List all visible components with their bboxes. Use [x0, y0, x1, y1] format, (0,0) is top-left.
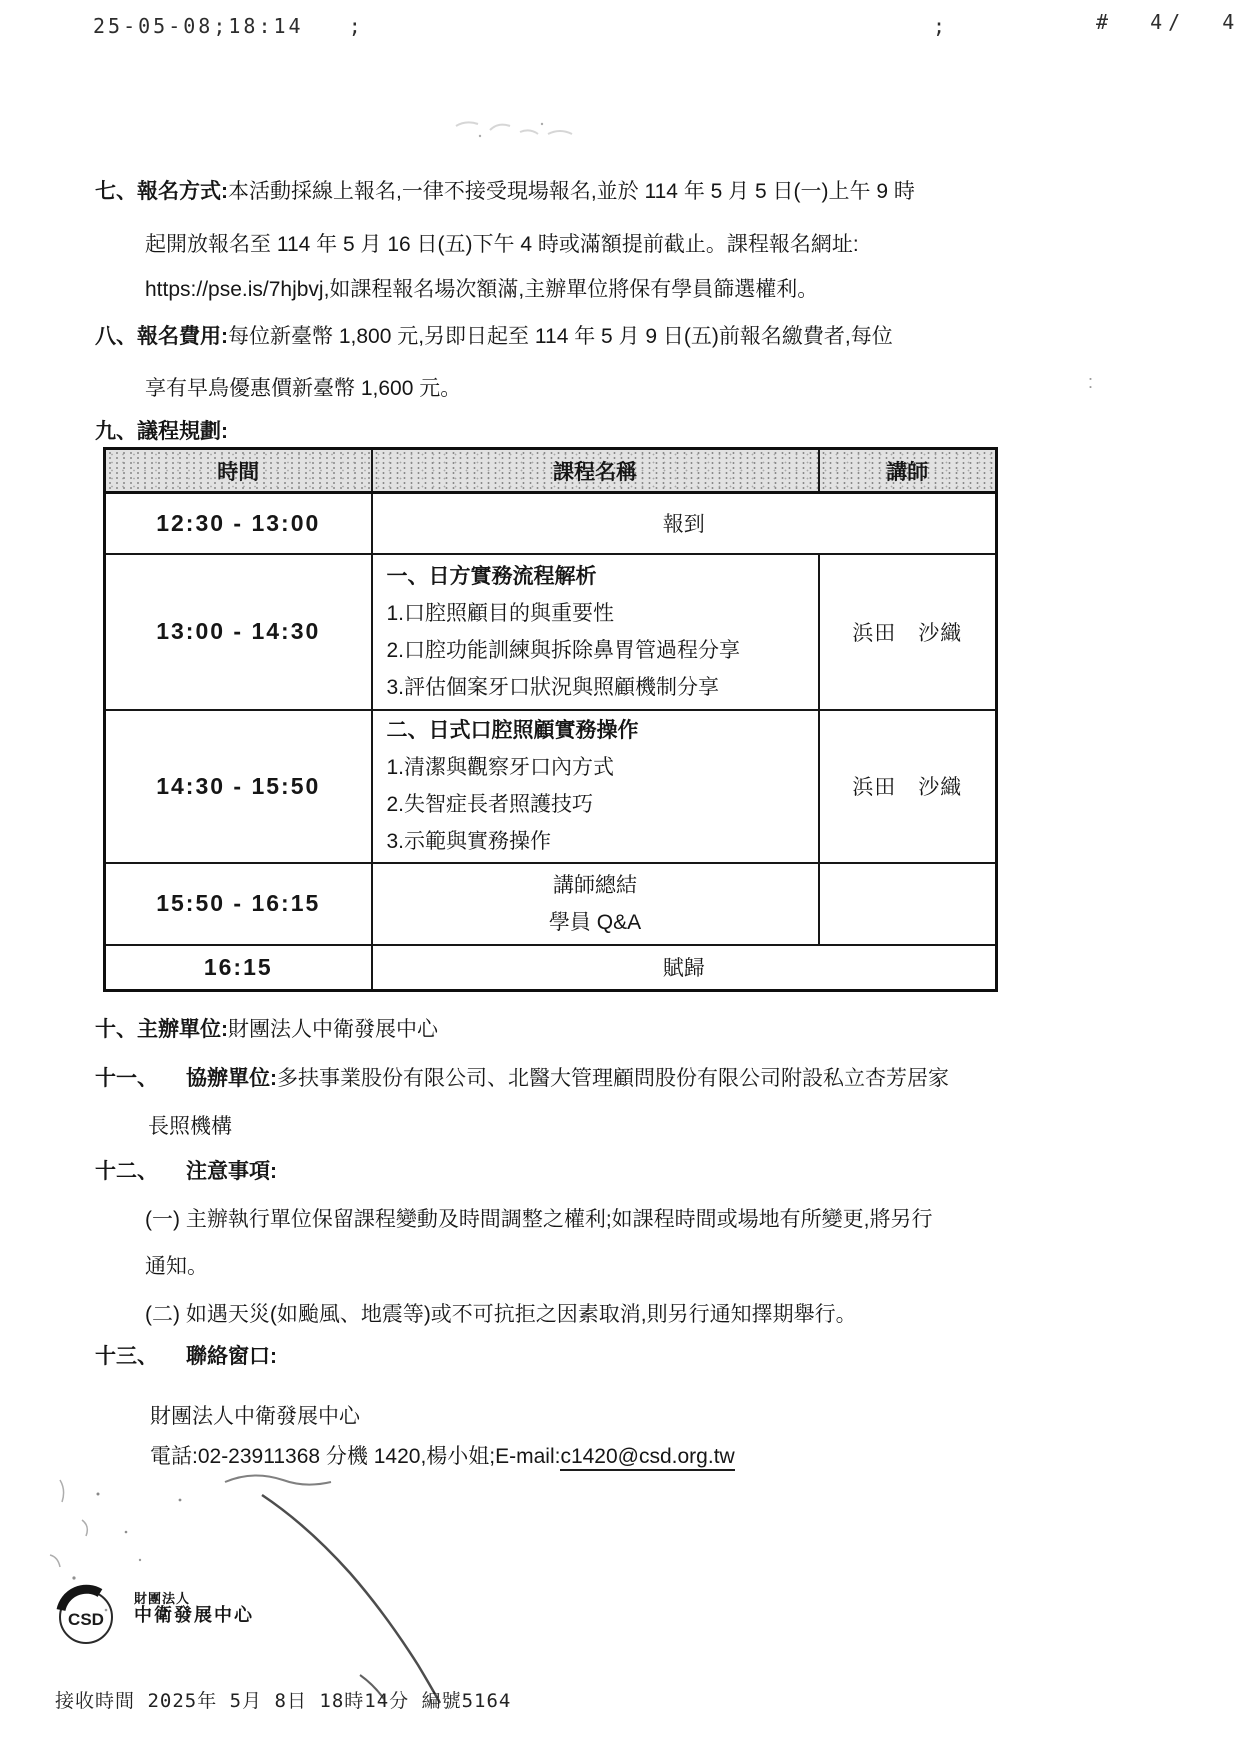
item7-text1: 本活動採線上報名,一律不接受現場報名,並於 114 年 5 月 5 日(一)上午… — [228, 180, 915, 203]
col-header-lecturer: 講師 — [819, 449, 997, 493]
item7-line1: 七、報名方式:本活動採線上報名,一律不接受現場報名,並於 114 年 5 月 5… — [95, 177, 915, 207]
schedule-table: 時間 課程名稱 講師 12:30 - 13:00 報到 13:00 - 14:3… — [103, 447, 998, 992]
item9-label: 議程規劃: — [137, 420, 228, 443]
course-line: 講師總結 — [373, 867, 818, 904]
item7-line2: 起開放報名至 114 年 5 月 16 日(五)下午 4 時或滿額提前截止。課程… — [145, 230, 859, 260]
item10-number: 十、 — [95, 1018, 137, 1041]
table-row-session2: 14:30 - 15:50 二、日式口腔照顧實務操作 1.清潔與觀察牙口內方式 … — [105, 710, 997, 863]
course-line: 2.失智症長者照護技巧 — [373, 786, 818, 823]
received-timestamp: 接收時間 2025年 5月 8日 18時14分 編號5164 — [55, 1686, 511, 1713]
time-cell: 15:50 - 16:15 — [105, 863, 372, 945]
contact-email-link[interactable]: c1420@csd.org.tw — [560, 1445, 734, 1471]
fax-separator-mark: ; — [933, 14, 948, 38]
scan-smudge — [450, 112, 590, 144]
item12-label: 注意事項: — [186, 1160, 277, 1183]
time-cell: 14:30 - 15:50 — [105, 710, 372, 863]
time-cell: 12:30 - 13:00 — [105, 493, 372, 554]
item11-line2: 長照機構 — [148, 1112, 232, 1142]
course-line: 二、日式口腔照顧實務操作 — [373, 712, 818, 749]
contact-org: 財團法人中衛發展中心 — [150, 1402, 360, 1432]
course-cell-checkin: 報到 — [372, 493, 997, 554]
course-line: 學員 Q&A — [373, 904, 818, 941]
item9-heading: 九、議程規劃: — [95, 417, 228, 447]
item8-line2: 享有早鳥優惠價新臺幣 1,600 元。 — [145, 374, 461, 404]
item11-number: 十一、 — [95, 1067, 158, 1090]
item12-note1-line1: (一) 主辦執行單位保留課程變動及時間調整之權利;如課程時間或場地有所變更,將另… — [145, 1205, 933, 1235]
item7-label: 報名方式: — [137, 180, 228, 203]
logo-org-name: 中衛發展中心 — [134, 1606, 254, 1626]
course-line: 2.口腔功能訓練與拆除鼻胃管過程分享 — [373, 632, 818, 669]
item13-heading: 十三、聯絡窗口: — [95, 1342, 277, 1372]
item7-line3: https://pse.is/7hjbvj,如課程報名場次額滿,主辦單位將保有學… — [145, 275, 818, 305]
course-cell-summary: 講師總結 學員 Q&A — [372, 863, 819, 945]
course-cell-departure: 賦歸 — [372, 945, 997, 991]
course-cell-session1: 一、日方實務流程解析 1.口腔照顧目的與重要性 2.口腔功能訓練與拆除鼻胃管過程… — [372, 554, 819, 710]
item10-text: 財團法人中衛發展中心 — [228, 1018, 438, 1041]
item11-line1: 十一、協辦單位:多扶事業股份有限公司、北醫大管理顧問股份有限公司附設私立杏芳居家 — [95, 1064, 949, 1094]
table-header-row: 時間 課程名稱 講師 — [105, 449, 997, 493]
item7-number: 七、 — [95, 180, 137, 203]
scan-artifact-dots: : — [1088, 372, 1093, 393]
col-header-time: 時間 — [105, 449, 372, 493]
item8-number: 八、 — [95, 325, 137, 348]
course-line: 3.示範與實務操作 — [373, 823, 818, 860]
item9-number: 九、 — [95, 420, 137, 443]
registration-url-link[interactable]: https://pse.is/7hjbvj — [145, 278, 324, 301]
csd-logo-icon: CSD — [52, 1580, 124, 1652]
time-cell: 13:00 - 14:30 — [105, 554, 372, 710]
table-row-session1: 13:00 - 14:30 一、日方實務流程解析 1.口腔照顧目的與重要性 2.… — [105, 554, 997, 710]
item7-text3: ,如課程報名場次額滿,主辦單位將保有學員篩選權利。 — [324, 278, 819, 301]
time-cell: 16:15 — [105, 945, 372, 991]
item12-number: 十二、 — [95, 1160, 158, 1183]
lecturer-cell: 浜田 沙織 — [819, 554, 997, 710]
course-line: 3.評估個案牙口狀況與照顧機制分享 — [373, 669, 818, 706]
table-row-departure: 16:15 賦歸 — [105, 945, 997, 991]
item13-label: 聯絡窗口: — [186, 1345, 277, 1368]
col-header-course: 課程名稱 — [372, 449, 819, 493]
item8-label: 報名費用: — [137, 325, 228, 348]
fax-page-number: # 4/ 4 — [1096, 10, 1240, 34]
item11-label: 協辦單位: — [186, 1067, 277, 1090]
lecturer-cell-empty — [819, 863, 997, 945]
course-line: 1.清潔與觀察牙口內方式 — [373, 749, 818, 786]
item12-note2: (二) 如遇天災(如颱風、地震等)或不可抗拒之因素取消,則另行通知擇期舉行。 — [145, 1300, 857, 1330]
course-line: 1.口腔照顧目的與重要性 — [373, 595, 818, 632]
fax-document-page: 25-05-08;18:14 ; ; # 4/ 4 七、報名方式:本活動採線上報… — [0, 0, 1241, 1754]
item8-line1: 八、報名費用:每位新臺幣 1,800 元,另即日起至 114 年 5 月 9 日… — [95, 322, 893, 352]
item8-text1: 每位新臺幣 1,800 元,另即日起至 114 年 5 月 9 日(五)前報名繳… — [228, 325, 893, 348]
table-row-summary: 15:50 - 16:15 講師總結 學員 Q&A — [105, 863, 997, 945]
item10-label: 主辦單位: — [137, 1018, 228, 1041]
item12-note1-line2: 通知。 — [145, 1252, 208, 1282]
fax-timestamp: 25-05-08;18:14 ; — [93, 14, 364, 38]
course-cell-session2: 二、日式口腔照顧實務操作 1.清潔與觀察牙口內方式 2.失智症長者照護技巧 3.… — [372, 710, 819, 863]
item10-line: 十、主辦單位:財團法人中衛發展中心 — [95, 1015, 438, 1045]
lecturer-cell: 浜田 沙織 — [819, 710, 997, 863]
table-row-checkin: 12:30 - 13:00 報到 — [105, 493, 997, 554]
csd-logo: CSD 財團法人 中衛發展中心 — [52, 1580, 312, 1660]
csd-logo-abbr: CSD — [68, 1610, 104, 1629]
course-line: 一、日方實務流程解析 — [373, 558, 818, 595]
item11-text1: 多扶事業股份有限公司、北醫大管理顧問股份有限公司附設私立杏芳居家 — [277, 1067, 949, 1090]
item12-heading: 十二、注意事項: — [95, 1157, 277, 1187]
item13-number: 十三、 — [95, 1345, 158, 1368]
